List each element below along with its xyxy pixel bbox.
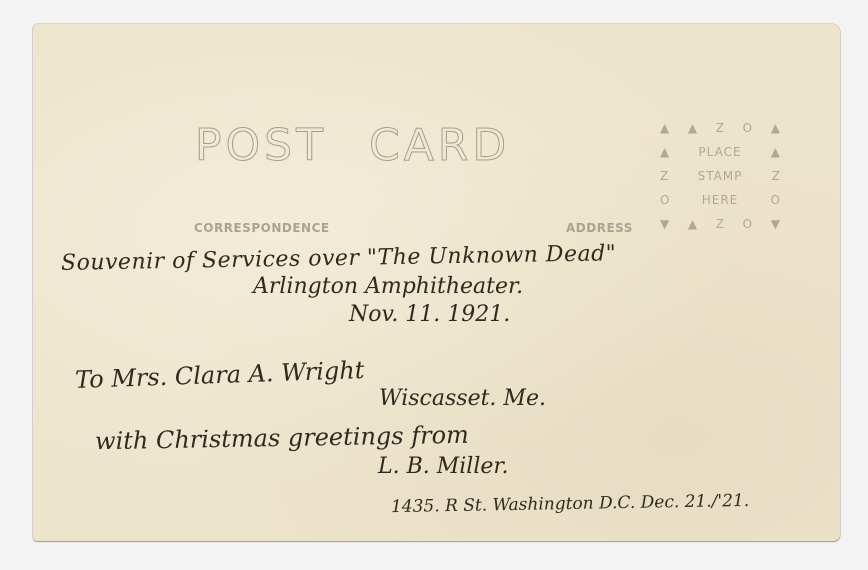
stamp-line-stamp: Z STAMP Z <box>660 169 780 183</box>
address-label: ADDRESS <box>566 221 633 235</box>
post-card-heading: POSTCARD <box>195 120 510 171</box>
stamp-placement-box: ▲ ▲ Z O ▲ ▲ PLACE ▲ Z STAMP Z O HERE O ▼… <box>660 121 780 236</box>
post-word: POST <box>195 120 327 171</box>
stamp-line-place: ▲ PLACE ▲ <box>660 145 780 159</box>
handwritten-signature: L. B. Miller. <box>378 454 509 479</box>
handwritten-recipient-line: To Mrs. Clara A. Wright <box>75 356 365 394</box>
postcard-back: POSTCARD CORRESPONDENCE ADDRESS ▲ ▲ Z O … <box>33 24 840 541</box>
stamp-border-bottom: ▼ ▲ Z O ▼ <box>660 217 780 231</box>
handwritten-greeting-line: with Christmas greetings from <box>95 421 469 456</box>
stamp-border-top: ▲ ▲ Z O ▲ <box>660 121 780 135</box>
handwritten-sender-address-date: 1435. R St. Washington D.C. Dec. 21./'21… <box>391 491 749 517</box>
card-word: CARD <box>369 120 510 171</box>
handwritten-souvenir-line: Souvenir of Services over "The Unknown D… <box>61 241 617 276</box>
handwritten-recipient-town: Wiscasset. Me. <box>379 386 546 411</box>
handwritten-date-line: Nov. 11. 1921. <box>349 302 510 327</box>
handwritten-location-line: Arlington Amphitheater. <box>253 274 523 299</box>
correspondence-label: CORRESPONDENCE <box>194 221 330 235</box>
stamp-line-here: O HERE O <box>660 193 780 207</box>
